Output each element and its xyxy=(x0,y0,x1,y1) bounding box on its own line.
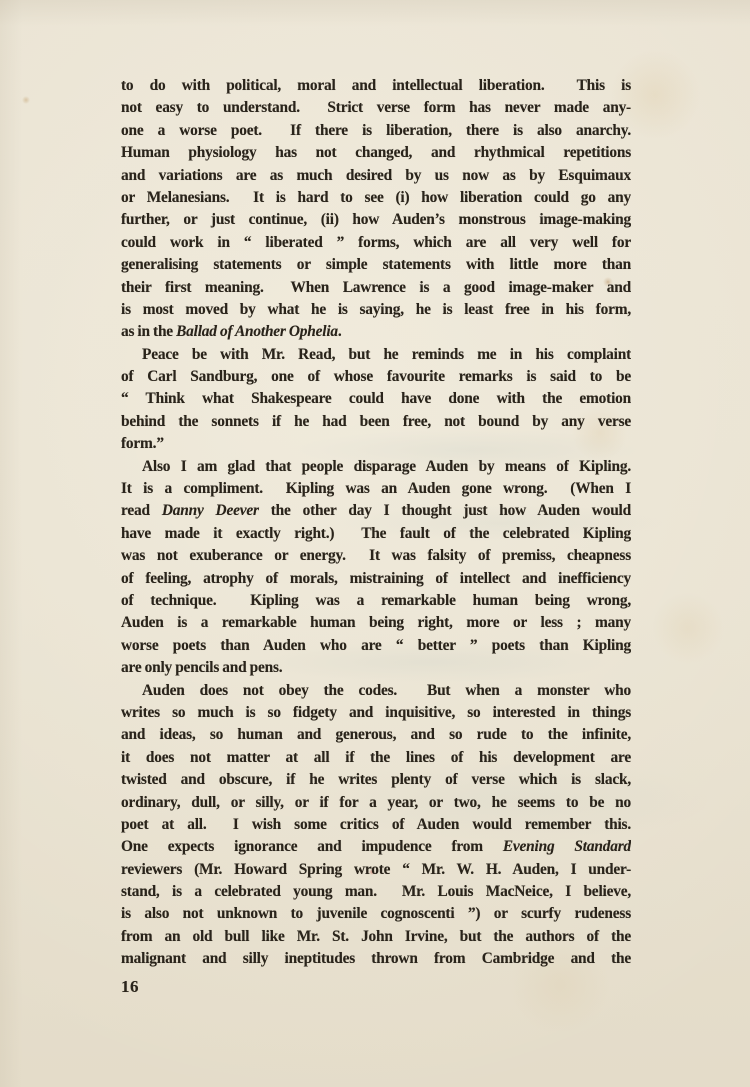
text-line: to do with political, moral and intellec… xyxy=(121,75,631,97)
text-line: Auden does not obey the codes. But when … xyxy=(121,680,631,702)
text-segment: as in the xyxy=(121,323,176,340)
text-segment: malignant and silly ineptitudes thrown f… xyxy=(121,950,631,967)
text-segment: have made it exactly right.) The fault o… xyxy=(121,525,631,542)
text-line: worse poets than Auden who are “ better … xyxy=(121,635,631,657)
text-segment: writes so much is so fidgety and inquisi… xyxy=(121,704,631,721)
text-line: reviewers (Mr. Howard Spring wrote “ Mr.… xyxy=(121,859,631,881)
text-line: writes so much is so fidgety and inquisi… xyxy=(121,702,631,724)
text-line: generalising statements or simple statem… xyxy=(121,254,631,276)
text-line: malignant and silly ineptitudes thrown f… xyxy=(121,948,631,970)
text-line: further, or just continue, (ii) how Aude… xyxy=(121,209,631,231)
italic-title: Ballad of Another Ophelia xyxy=(176,323,338,340)
text-block: to do with political, moral and intellec… xyxy=(121,75,631,971)
text-segment: one a worse poet. If there is liberation… xyxy=(121,122,631,139)
text-line: ordinary, dull, or silly, or if for a ye… xyxy=(121,792,631,814)
text-line: poet at all. I wish some critics of Aude… xyxy=(121,814,631,836)
text-segment: and variations are as much desired by us… xyxy=(121,167,631,184)
text-line: or Melanesians. It is hard to see (i) ho… xyxy=(121,187,631,209)
text-line: one a worse poet. If there is liberation… xyxy=(121,120,631,142)
text-segment: of technique. Kipling was a remarkable h… xyxy=(121,592,631,609)
text-line: Human physiology has not changed, and rh… xyxy=(121,142,631,164)
text-segment: reviewers (Mr. Howard Spring wrote “ Mr.… xyxy=(121,861,631,878)
text-line: and variations are as much desired by us… xyxy=(121,165,631,187)
text-line: “ Think what Shakespeare could have done… xyxy=(121,388,631,410)
text-segment: One expects ignorance and impudence from xyxy=(121,838,503,855)
text-line: of Carl Sandburg, one of whose favourite… xyxy=(121,366,631,388)
text-segment: It is a compliment. Kipling was an Auden… xyxy=(121,480,631,497)
text-segment: twisted and obscure, if he writes plenty… xyxy=(121,771,631,788)
text-segment: Auden is a remarkable human being right,… xyxy=(121,614,631,631)
text-segment: Human physiology has not changed, and rh… xyxy=(121,144,631,161)
text-line: stand, is a celebrated young man. Mr. Lo… xyxy=(121,881,631,903)
text-segment: to do with political, moral and intellec… xyxy=(121,77,631,94)
text-line: Auden is a remarkable human being right,… xyxy=(121,612,631,634)
text-segment: stand, is a celebrated young man. Mr. Lo… xyxy=(121,883,631,900)
text-segment: Peace be with Mr. Read, but he reminds m… xyxy=(142,346,631,363)
text-line: behind the sonnets if he had been free, … xyxy=(121,411,631,433)
text-segment: ordinary, dull, or silly, or if for a ye… xyxy=(121,794,631,811)
text-segment: worse poets than Auden who are “ better … xyxy=(121,637,631,654)
text-line: Peace be with Mr. Read, but he reminds m… xyxy=(121,344,631,366)
text-segment: Auden does not obey the codes. But when … xyxy=(142,682,631,699)
text-line: from an old bull like Mr. St. John Irvin… xyxy=(121,926,631,948)
text-segment: poet at all. I wish some critics of Aude… xyxy=(121,816,631,833)
text-segment: form.” xyxy=(121,435,164,452)
text-segment: of feeling, atrophy of morals, mistraini… xyxy=(121,570,631,587)
text-segment: “ Think what Shakespeare could have done… xyxy=(121,390,631,407)
text-segment: of Carl Sandburg, one of whose favourite… xyxy=(121,368,631,385)
text-line: their first meaning. When Lawrence is a … xyxy=(121,277,631,299)
text-segment: Also I am glad that people disparage Aud… xyxy=(142,458,631,475)
text-segment: are only pencils and pens. xyxy=(121,659,282,676)
text-segment: is most moved by what he is saying, he i… xyxy=(121,301,631,318)
text-segment: read xyxy=(121,502,162,519)
text-line: could work in “ liberated ” forms, which… xyxy=(121,232,631,254)
text-line: Also I am glad that people disparage Aud… xyxy=(121,456,631,478)
text-segment: is also not unknown to juvenile cognosce… xyxy=(121,905,631,922)
text-segment: was not exuberance or energy. It was fal… xyxy=(121,547,631,564)
text-line: is most moved by what he is saying, he i… xyxy=(121,299,631,321)
text-line: and ideas, so human and generous, and so… xyxy=(121,724,631,746)
text-line: twisted and obscure, if he writes plenty… xyxy=(121,769,631,791)
text-line: One expects ignorance and impudence from… xyxy=(121,836,631,858)
book-page-scan: to do with political, moral and intellec… xyxy=(0,0,750,1087)
text-segment: and ideas, so human and generous, and so… xyxy=(121,726,631,743)
text-line: have made it exactly right.) The fault o… xyxy=(121,523,631,545)
text-segment: . xyxy=(338,323,342,340)
text-line: read Danny Deever the other day I though… xyxy=(121,500,631,522)
text-segment: generalising statements or simple statem… xyxy=(121,256,631,273)
text-segment: their first meaning. When Lawrence is a … xyxy=(121,279,631,296)
text-line: It is a compliment. Kipling was an Auden… xyxy=(121,478,631,500)
text-line: form.” xyxy=(121,433,631,455)
text-line: as in the Ballad of Another Ophelia. xyxy=(121,321,631,343)
text-segment: could work in “ liberated ” forms, which… xyxy=(121,234,631,251)
text-line: was not exuberance or energy. It was fal… xyxy=(121,545,631,567)
text-segment: or Melanesians. It is hard to see (i) ho… xyxy=(121,189,631,206)
text-segment: from an old bull like Mr. St. John Irvin… xyxy=(121,928,631,945)
text-line: are only pencils and pens. xyxy=(121,657,631,679)
text-line: of feeling, atrophy of morals, mistraini… xyxy=(121,568,631,590)
italic-title: Evening Standard xyxy=(503,838,631,855)
italic-title: Danny Deever xyxy=(162,502,259,519)
text-line: it does not matter at all if the lines o… xyxy=(121,747,631,769)
text-line: is also not unknown to juvenile cognosce… xyxy=(121,903,631,925)
text-line: of technique. Kipling was a remarkable h… xyxy=(121,590,631,612)
page-number: 16 xyxy=(121,977,139,997)
text-segment: behind the sonnets if he had been free, … xyxy=(121,413,631,430)
text-segment: it does not matter at all if the lines o… xyxy=(121,749,631,766)
text-line: not easy to understand. Strict verse for… xyxy=(121,97,631,119)
text-segment: further, or just continue, (ii) how Aude… xyxy=(121,211,631,228)
text-segment: the other day I thought just how Auden w… xyxy=(259,502,631,519)
text-segment: not easy to understand. Strict verse for… xyxy=(121,99,631,116)
